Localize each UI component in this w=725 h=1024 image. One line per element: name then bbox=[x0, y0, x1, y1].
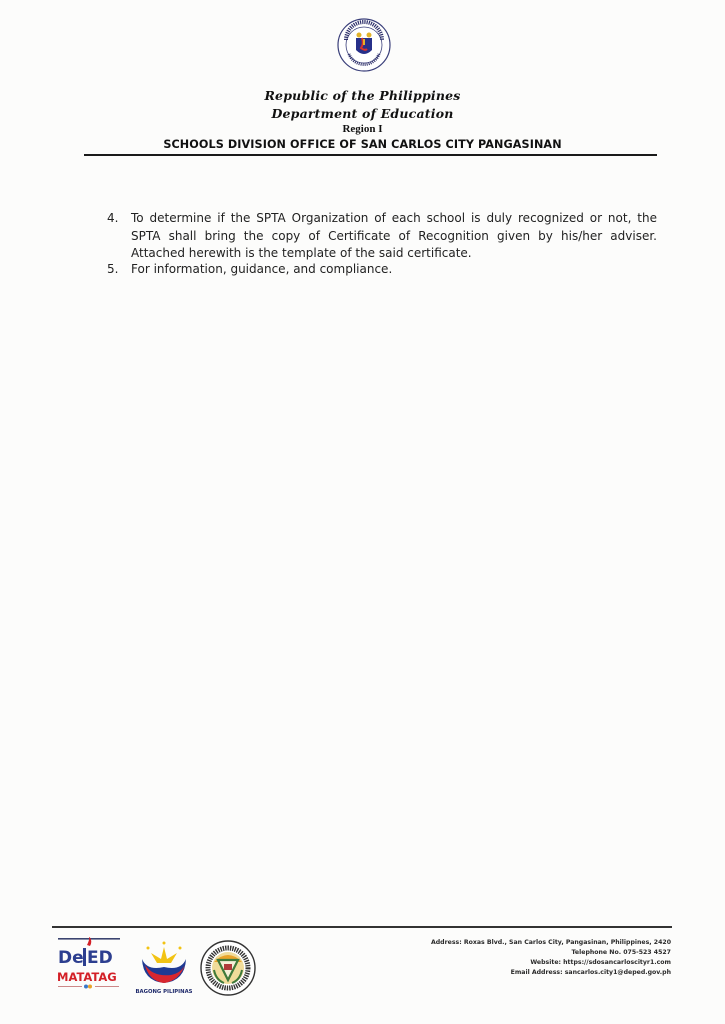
region-heading: Region I bbox=[0, 123, 725, 135]
list-item: 4. To determine if the SPTA Organization… bbox=[107, 210, 657, 263]
sdo-seal-icon bbox=[200, 940, 256, 996]
header-divider bbox=[84, 154, 657, 156]
office-heading: SCHOOLS DIVISION OFFICE OF SAN CARLOS CI… bbox=[0, 138, 725, 151]
document-page: Republic of the Philippines Department o… bbox=[0, 0, 725, 1024]
svg-text:MATATAG: MATATAG bbox=[57, 970, 117, 984]
item-text: For information, guidance, and complianc… bbox=[131, 261, 657, 279]
deped-seal-icon bbox=[337, 18, 391, 72]
address-text: Address: Roxas Blvd., San Carlos City, P… bbox=[431, 938, 671, 948]
department-heading: Department of Education bbox=[0, 106, 725, 121]
list-item: 5. For information, guidance, and compli… bbox=[107, 261, 657, 279]
republic-heading: Republic of the Philippines bbox=[0, 88, 725, 103]
email-link[interactable]: Email Address: sancarlos.city1@deped.gov… bbox=[431, 968, 671, 978]
contact-block: Address: Roxas Blvd., San Carlos City, P… bbox=[431, 938, 671, 978]
telephone-text: Telephone No. 075-523 4527 bbox=[431, 948, 671, 958]
deped-matatag-logo-icon: De ED MATATAG bbox=[55, 937, 125, 995]
item-number: 4. bbox=[107, 210, 118, 228]
bagong-pilipinas-logo-icon: BAGONG PILIPINAS bbox=[133, 937, 195, 995]
item-number: 5. bbox=[107, 261, 118, 279]
svg-text:ED: ED bbox=[87, 948, 113, 968]
item-text: To determine if the SPTA Organization of… bbox=[131, 210, 657, 263]
website-link[interactable]: Website: https://sdosancarloscityr1.com bbox=[431, 958, 671, 968]
svg-text:BAGONG PILIPINAS: BAGONG PILIPINAS bbox=[135, 989, 192, 995]
footer-divider bbox=[52, 926, 672, 928]
svg-text:De: De bbox=[58, 948, 84, 968]
